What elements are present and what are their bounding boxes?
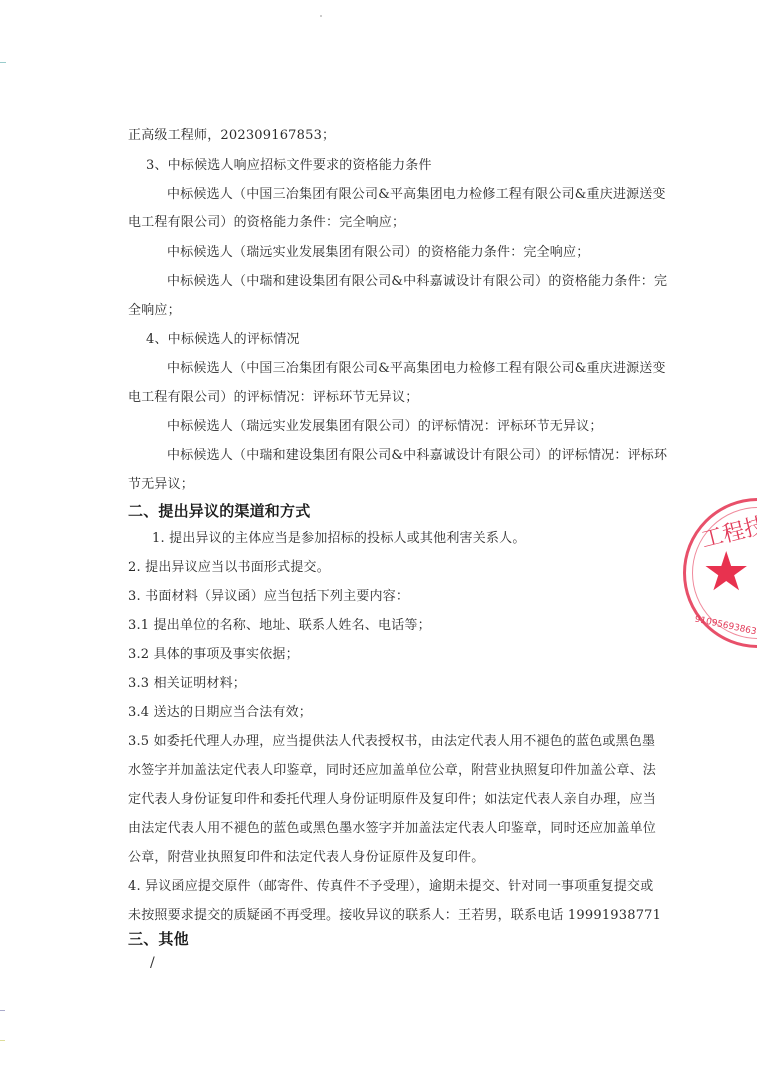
paragraph-line: 电工程有限公司）的资格能力条件：完全响应；	[128, 214, 405, 232]
paragraph-line: 3.4 送达的日期应当合法有效；	[128, 704, 312, 722]
paragraph-line: 中标候选人（中瑞和建设集团有限公司&中科嘉诚设计有限公司）的资格能力条件：完	[167, 273, 667, 291]
section-heading-other: 三、其他	[128, 930, 189, 948]
scan-speck	[0, 62, 6, 63]
paragraph-line: 中标候选人（中瑞和建设集团有限公司&中科嘉诚设计有限公司）的评标情况：评标环	[167, 447, 667, 465]
paragraph-line: 定代表人身份证复印件和委托代理人身份证明原件及复印件；如法定代表人亲自办理，应当	[128, 791, 656, 809]
paragraph-line: 未按照要求提交的质疑函不再受理。接收异议的联系人：王若男，联系电话 199919…	[128, 907, 661, 925]
official-seal: 工程技术 ★ 91095693863	[683, 498, 757, 648]
paragraph-line: 3.2 具体的事项及事实依据；	[128, 646, 299, 664]
scan-speck	[320, 15, 322, 17]
paragraph-line: 4、中标候选人的评标情况	[146, 331, 300, 349]
paragraph-line: 电工程有限公司）的评标情况：评标环节无异议；	[128, 389, 418, 407]
seal-star-icon: ★	[702, 545, 750, 599]
paragraph-line: 全响应；	[128, 302, 181, 320]
paragraph-line: 3.1 提出单位的名称、地址、联系人姓名、电话等；	[128, 617, 431, 635]
paragraph-line: 由法定代表人用不褪色的蓝色或黑色墨水签字并加盖法定代表人印鉴章，同时还应加盖单位	[128, 820, 656, 838]
paragraph-line: 中标候选人（瑞远实业发展集团有限公司）的资格能力条件：完全响应；	[167, 244, 589, 262]
paragraph-line: 3.5 如委托代理人办理，应当提供法人代表授权书，由法定代表人用不褪色的蓝色或黑…	[128, 733, 655, 751]
paragraph-line: 3. 书面材料（异议函）应当包括下列主要内容：	[128, 588, 409, 606]
paragraph-line: 中标候选人（瑞远实业发展集团有限公司）的评标情况：评标环节无异议；	[167, 418, 603, 436]
paragraph-line: 正高级工程师，202309167853；	[128, 127, 335, 145]
paragraph-line: 节无异议；	[128, 476, 194, 494]
paragraph-line: 3、中标候选人响应招标文件要求的资格能力条件	[146, 157, 432, 175]
paragraph-line: 公章，附营业执照复印件和法定代表人身份证原件及复印件。	[128, 849, 484, 867]
paragraph-line: 3.3 相关证明材料；	[128, 675, 246, 693]
scan-speck	[0, 1010, 5, 1011]
scan-speck	[0, 1040, 5, 1041]
paragraph-line: 中标候选人（中国三冶集团有限公司&平高集团电力检修工程有限公司&重庆进源送变	[167, 186, 666, 204]
section-heading-objection-channels: 二、提出异议的渠道和方式	[128, 502, 310, 520]
other-content: /	[150, 955, 155, 971]
paragraph-line: 2. 提出异议应当以书面形式提交。	[128, 559, 330, 577]
paragraph-line: 4. 异议函应提交原件（邮寄件、传真件不予受理），逾期未提交、针对同一事项重复提…	[128, 878, 653, 896]
paragraph-line: 水签字并加盖法定代表人印鉴章，同时还应加盖单位公章，附营业执照复印件加盖公章、法	[128, 762, 656, 780]
paragraph-line: 1. 提出异议的主体应当是参加招标的投标人或其他利害关系人。	[152, 530, 526, 548]
paragraph-line: 中标候选人（中国三冶集团有限公司&平高集团电力检修工程有限公司&重庆进源送变	[167, 360, 666, 378]
